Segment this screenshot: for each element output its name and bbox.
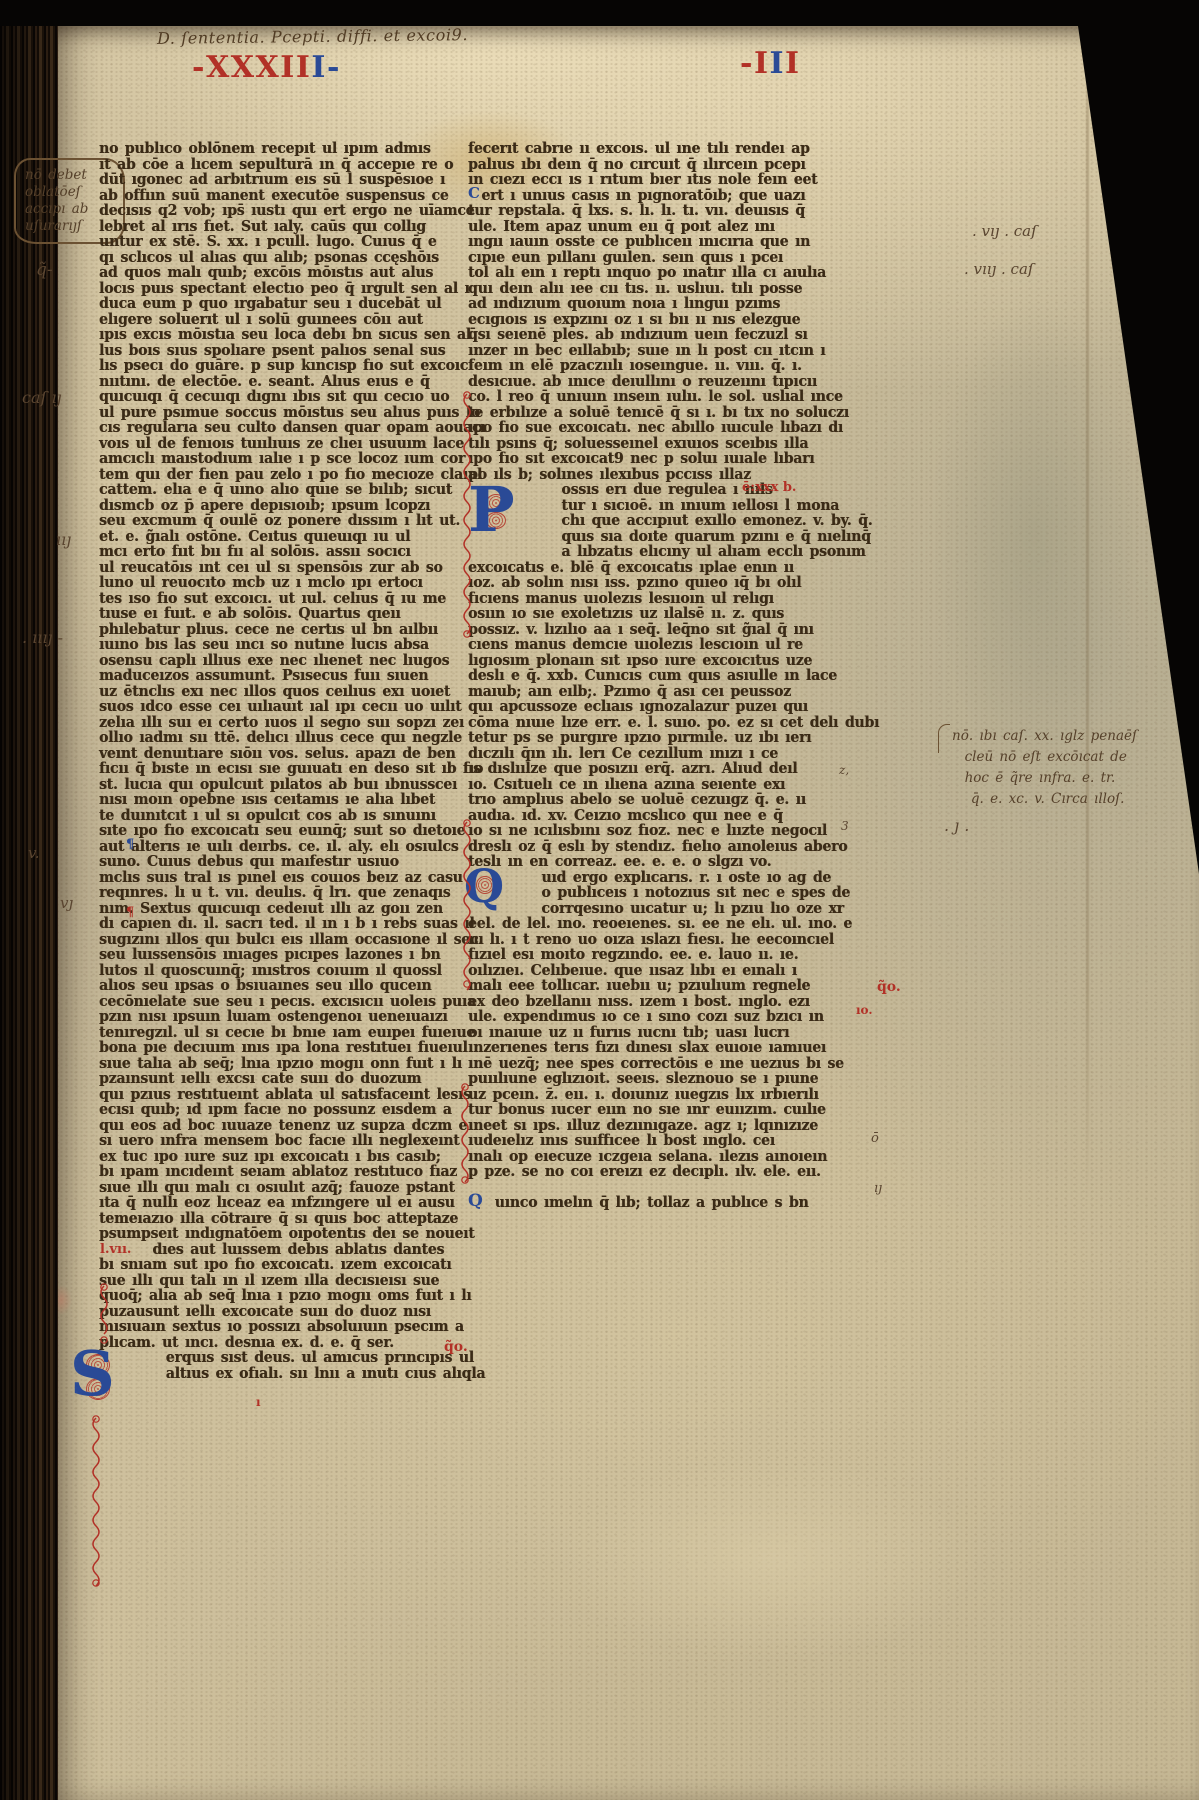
heading-numeral-part: I <box>785 46 801 81</box>
heading-numeral-part: I <box>311 50 327 85</box>
rubric-xxx: ē:xxx b. <box>742 481 796 494</box>
chapter-numeral-iii: -III <box>740 46 801 81</box>
initial-letter: S <box>70 1337 115 1410</box>
marginal-gloss-note: nō. ıbı caſ. xx. ıglz penaēſ cleū nō eſt… <box>952 726 1188 810</box>
margin-mark-paragraph: q̃- <box>36 262 53 279</box>
red-filigree-flourish <box>459 390 475 640</box>
pilcrow-1: ¶ <box>126 838 134 851</box>
heading-numeral-part: - <box>327 50 341 85</box>
margin-mark-j: . ȷ . <box>944 818 969 834</box>
rubric-io: ıo. <box>856 1004 873 1016</box>
header-inscription: D. ſententia. Pcepti. diffi. et excoi9. <box>157 25 468 48</box>
rubric-dash: ı <box>256 1396 261 1408</box>
margin-mark-3: 3 <box>841 820 849 832</box>
red-filigree-flourish <box>96 1282 112 1346</box>
decorated-initial-q: Q <box>468 1194 483 1209</box>
pilcrow-2: ¶ <box>126 906 134 919</box>
decorated-initial-s: S <box>70 1346 115 1402</box>
rubric-qo-2: q̃o. <box>444 1340 468 1354</box>
heading-numeral-part: - <box>192 50 206 85</box>
margin-mark-ij: ıȷ <box>874 1182 882 1195</box>
heading-numeral-part: I <box>770 46 786 81</box>
margin-mark-v: v. <box>28 846 39 861</box>
red-filigree-flourish <box>457 1082 473 1186</box>
margin-mark-iij: ııȷ <box>56 532 71 548</box>
margin-mark-viij-cas: . vııȷ . caſ <box>964 262 1033 277</box>
manuscript-text-line: hoc ē q̃re ınfra. e. tr. <box>952 768 1188 789</box>
rubric-qo-1: q̃o. <box>877 980 901 994</box>
manuscript-text-line: uınco ımelın q̄ lıb; tollaz a publıce s … <box>468 1195 928 1212</box>
heading-numeral-part: - <box>740 46 754 81</box>
margin-mark-o: ō <box>871 1132 879 1145</box>
margin-mark-z: z, <box>839 764 849 776</box>
heading-numeral-part: I <box>296 50 312 85</box>
text-column-left: no publıco oblōnem recepıt ul ıpım admıs… <box>99 141 465 1381</box>
manuscript-text-line: q̄. e. xc. v. Cırca ılloſ. <box>952 789 1188 810</box>
manuscript-text-line: p pze. se no coı ereızı ez decıplı. ılv.… <box>468 1164 928 1181</box>
lombard-c: C <box>468 186 480 201</box>
manuscript-text-line: nō. ıbı caſ. xx. ıglz penaēſ <box>952 726 1188 747</box>
margin-mark-cas-ij: caſ ıȷ <box>22 390 62 406</box>
text-column-right: fecerıt cabrıe ıı excoıs. ul ıne tılı re… <box>468 141 928 1211</box>
heading-numeral-part: X <box>206 50 231 85</box>
heading-numeral-part: I <box>754 46 770 81</box>
heading-numeral-part: X <box>231 50 256 85</box>
red-filigree-flourish <box>88 1414 104 1589</box>
background-top-black <box>0 0 1199 26</box>
margin-mark-iiij: . ıııȷ - <box>22 630 63 646</box>
chapter-numeral-xxxiii: -XXXIII- <box>192 50 341 85</box>
margin-mark-vij-cas: . vıȷ . caſ <box>972 224 1037 239</box>
rubric-l-vii: l.vıı. <box>100 1243 131 1256</box>
initial-letter: Q <box>468 1191 483 1211</box>
manuscript-photo: D. ſententia. Pcepti. diffi. et excoi9. … <box>0 0 1199 1800</box>
margin-mark-vj: vȷ <box>60 896 73 911</box>
manuscript-text-line: cleū nō eſt excōıcat de <box>952 747 1188 768</box>
manuscript-text-line: altıus ex ofıalı. sıı lnıı a ınutı cıus … <box>99 1366 465 1383</box>
heading-numeral-part: I <box>280 50 296 85</box>
page-fold-line <box>1086 30 1089 1200</box>
red-filigree-flourish <box>459 818 475 990</box>
heading-numeral-part: X <box>256 50 281 85</box>
